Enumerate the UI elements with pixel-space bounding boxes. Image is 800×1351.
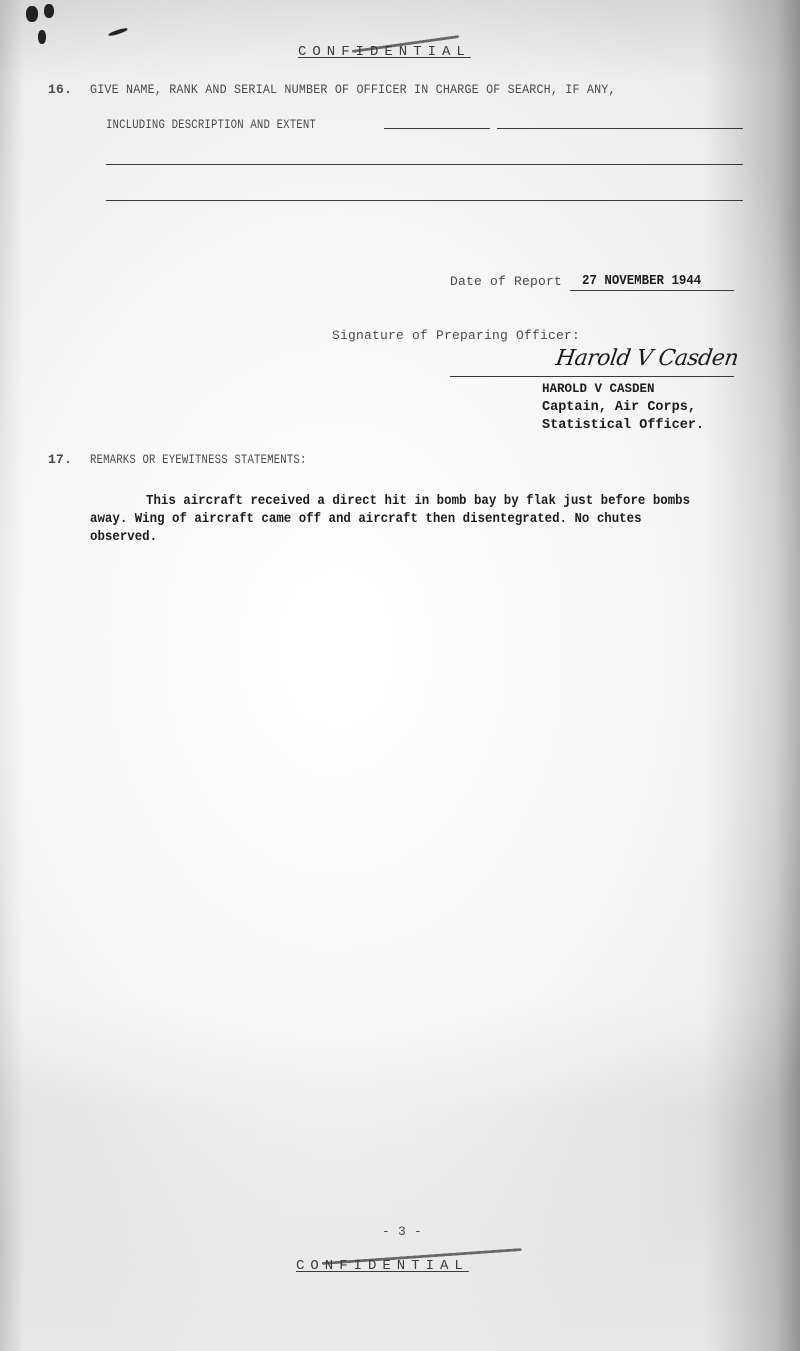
item17-label: REMARKS OR EYEWITNESS STATEMENTS: [90, 452, 307, 467]
date-line [570, 290, 734, 291]
ink-blot [26, 6, 38, 22]
officer-rank: Captain, Air Corps, [542, 400, 696, 415]
answer-line [497, 128, 743, 129]
answer-line [384, 128, 490, 129]
item16-number: 16. [48, 82, 72, 97]
remarks-line2: away. Wing of aircraft came off and airc… [90, 510, 642, 530]
remarks-line3: observed. [90, 528, 157, 548]
date-of-report-value: 27 NOVEMBER 1944 [582, 274, 701, 289]
signature-line [450, 376, 734, 377]
answer-line [106, 200, 743, 201]
signature-label: Signature of Preparing Officer: [332, 328, 580, 343]
officer-name: HAROLD V CASDEN [542, 382, 655, 396]
page-number: - 3 - [382, 1224, 422, 1239]
paper-background [0, 0, 800, 1351]
item17-number: 17. [48, 452, 72, 467]
ink-blot [44, 4, 54, 18]
officer-signature: Harold V Casden [554, 346, 740, 371]
ink-blot [38, 30, 46, 44]
officer-title: Statistical Officer. [542, 418, 704, 433]
item16-question-line2: INCLUDING DESCRIPTION AND EXTENT [106, 117, 316, 132]
answer-line [106, 164, 743, 165]
remarks-line1: This aircraft received a direct hit in b… [146, 492, 690, 512]
date-of-report-label: Date of Report [450, 274, 562, 289]
item16-question-line1: GIVE NAME, RANK AND SERIAL NUMBER OF OFF… [90, 82, 616, 97]
